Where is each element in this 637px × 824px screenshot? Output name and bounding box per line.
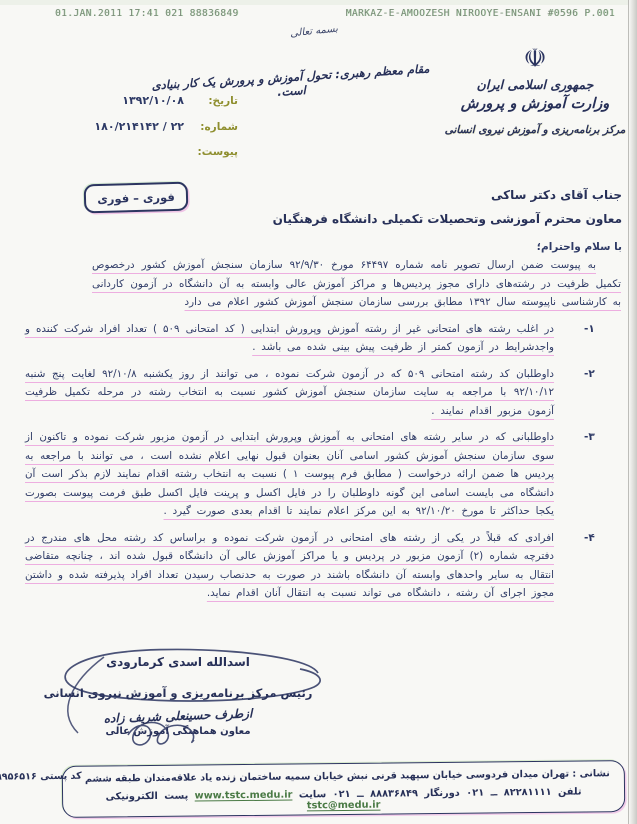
recipient-block: جناب آقای دکتر ساکی معاون محترم آموزشی و… [250,188,622,253]
body-item-3: ۳- داوطلبانی که در سایر رشته های امتحانی… [25,428,621,521]
footer-site-label: سایت [299,789,326,800]
item-2-text: داوطلبان کد رشته امتحانی ۵۰۹ که در آزمون… [25,365,554,421]
footer-postal-code: کد پستی ۱۵۹۹۹۵۶۵۱۶ [0,771,82,783]
letter-meta-block: تاریخ: ۱۳۹۲/۱۰/۰۸ شماره: ۲۲ / ۱۸۰/۲۱۴۱۴۲… [48,94,238,171]
on-behalf-line: ازطرف حسینعلی شریف زاده [28,704,328,728]
recipient-title: معاون محترم آموزشی وتحصیلات تکمیلی دانشگ… [250,212,622,226]
letterhead-country: جمهوری اسلامی ایران [443,77,627,92]
footer-fax: دورنگار ۸۸۸۳۶۸۴۹ ــ ۰۲۱ [333,788,460,800]
letterhead: ☫ جمهوری اسلامی ایران وزارت آموزش و پرور… [443,46,627,136]
letter-body: به پیوست ضمن ارسال تصویر نامه شماره ۶۴۴۹… [25,256,621,603]
footer-address: نشانی : تهران میدان فردوسی خیابان سپهبد … [85,768,610,784]
item-3-text: داوطلبانی که در سایر رشته های امتحانی به… [25,428,554,521]
meta-attachment-row: پیوست: [48,146,238,158]
salutation: با سلام واحترام؛ [250,241,622,253]
footer-address-line: نشانی : تهران میدان فردوسی خیابان سپهبد … [77,768,610,785]
recipient-name: جناب آقای دکتر ساکی [250,188,622,202]
fax-sender-id: MARKAZ-E-AMOOZESH NIROOYE-ENSANI #0596 P… [346,8,615,19]
letterhead-center-name: مرکز برنامه‌ریزی و آموزش نیروی انسانی [443,124,627,136]
footer-email-link[interactable]: tstc@medu.ir [307,800,381,812]
attachment-label: پیوست: [194,146,238,158]
iran-emblem-icon: ☫ [443,46,627,72]
body-item-2: ۲- داوطلبان کد رشته امتحانی ۵۰۹ که در آز… [25,365,621,421]
scan-edge-top [0,0,637,5]
footer-contacts-line: تلفن ۸۲۲۸۱۱۱۱ ــ ۰۲۱ دورنگار ۸۸۸۳۶۸۴۹ ــ… [77,786,610,814]
fax-timestamp: 01.JAN.2011 17:41 021 88836849 [55,8,239,19]
item-4-text: افرادی که قبلاً در یکی از رشته های امتحا… [25,529,554,603]
footer-email-label: پست الکترونیکی [106,791,189,803]
item-1-text: در اغلب رشته های امتحانی غیر از رشته آمو… [25,320,554,357]
item-2-number: ۲- [554,365,621,421]
item-3-number: ۳- [554,428,621,521]
date-value: ۱۳۹۲/۱۰/۰۸ [122,94,184,107]
on-behalf-prefix: ازطرف [214,706,252,721]
signatory-title: رئیس مرکز برنامه‌ریزی و آموزش نیروی انسا… [28,686,328,700]
signatory-name: اسدالله اسدی کرمارودی [28,655,328,669]
body-item-4: ۴- افرادی که قبلاً در یکی از رشته های ام… [25,529,621,603]
letterhead-ministry: وزارت آموزش و پرورش [443,96,627,112]
besmeh-taala-handwriting: بسمه تعالی [290,24,339,40]
number-label: شماره: [194,121,238,133]
body-item-1: ۱- در اغلب رشته های امتحانی غیر از رشته … [25,320,621,357]
item-4-number: ۴- [554,529,621,603]
meta-date-row: تاریخ: ۱۳۹۲/۱۰/۰۸ [48,94,238,107]
body-intro-paragraph: به پیوست ضمن ارسال تصویر نامه شماره ۶۴۴۹… [92,256,621,312]
footer-website-link[interactable]: www.tstc.medu.ir [195,790,293,802]
scan-edge-right [628,0,637,824]
urgent-stamp: فوری – فوری [84,182,189,214]
scanned-letter-page: 01.JAN.2011 17:41 021 88836849 MARKAZ-E-… [0,0,637,824]
number-value: ۲۲ / ۱۸۰/۲۱۴۱۴۲ [94,120,184,133]
item-1-number: ۱- [554,320,621,357]
footer-phone: تلفن ۸۲۲۸۱۱۱۱ ــ ۰۲۱ [466,787,581,799]
signature-block: اسدالله اسدی کرمارودی رئیس مرکز برنامه‌ر… [28,655,328,737]
on-behalf-title: معاون هماهنگی آموزش عالی [28,726,328,737]
footer-contact-box: نشانی : تهران میدان فردوسی خیابان سپهبد … [62,760,626,818]
meta-number-row: شماره: ۲۲ / ۱۸۰/۲۱۴۱۴۲ [48,120,238,133]
on-behalf-name: حسینعلی شریف زاده [103,708,210,726]
fax-transmission-header: 01.JAN.2011 17:41 021 88836849 MARKAZ-E-… [55,8,615,19]
date-label: تاریخ: [194,95,238,107]
